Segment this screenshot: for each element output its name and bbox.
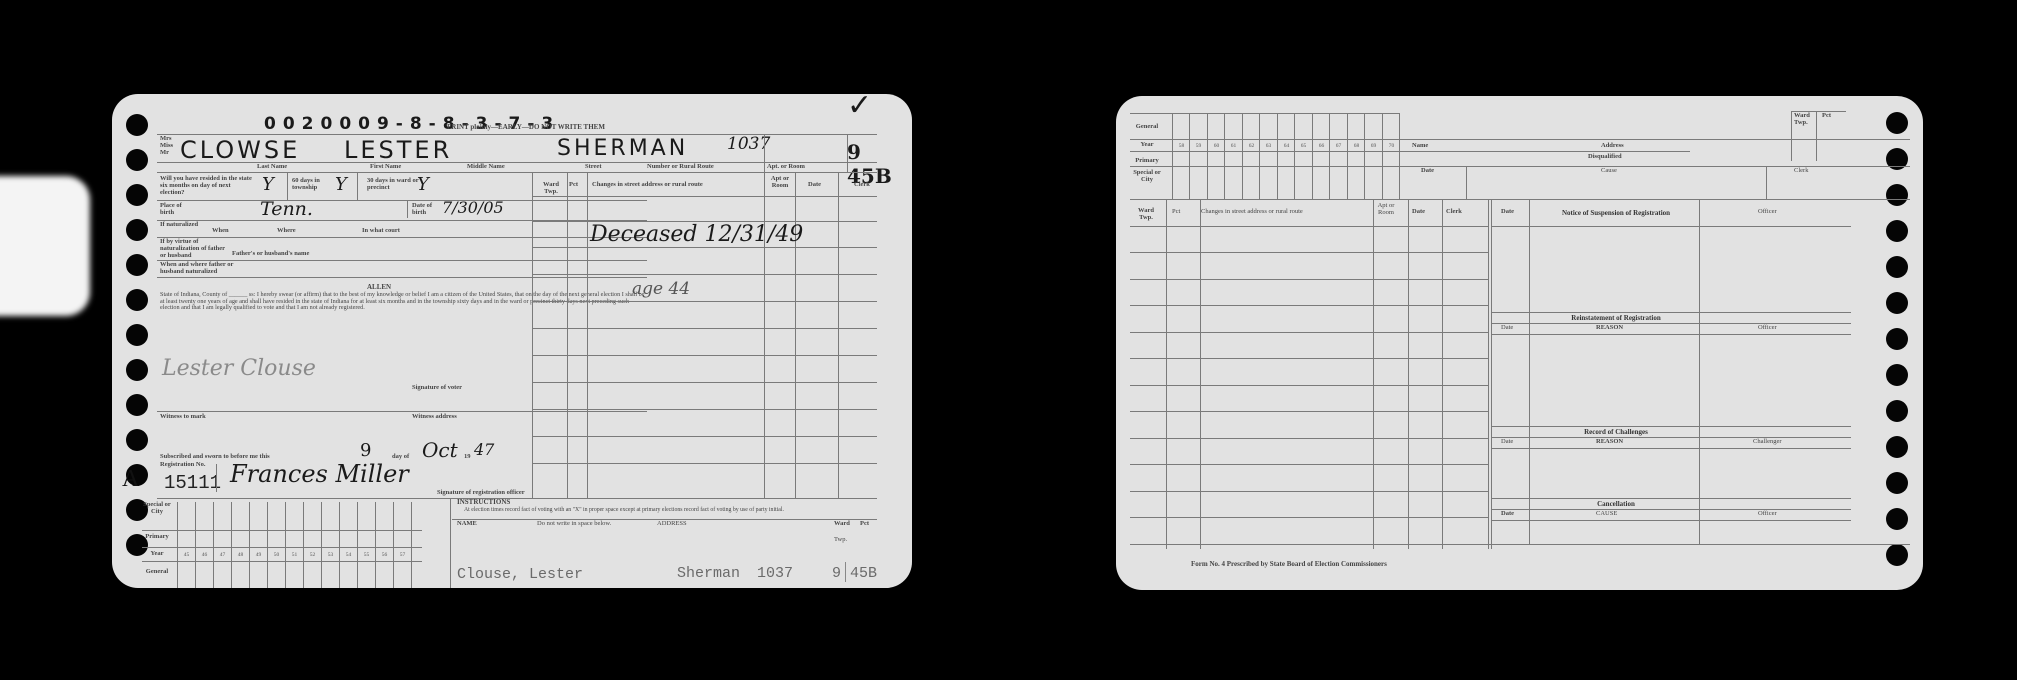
col-ward-twp: Ward Twp. — [1134, 208, 1158, 222]
year-cell: 50 — [270, 552, 283, 558]
street-name: SHERMAN — [557, 136, 688, 161]
label-address: ADDRESS — [657, 521, 687, 528]
answer-township: Y — [335, 174, 347, 195]
punch-hole — [1886, 436, 1908, 458]
label-apt: Apt. or Room — [767, 164, 805, 171]
label-name: NAME — [457, 521, 477, 528]
label-father-when-where: When and where father or husband natural… — [160, 262, 240, 276]
year-cell: 65 — [1297, 143, 1310, 149]
label-address: Address — [1601, 143, 1624, 150]
header-notice: PRINT plainly—EARLY—DO NOT WRITE THEM — [447, 124, 605, 131]
place-of-birth: Tenn. — [260, 198, 313, 220]
label-ward-twp: Ward Twp. — [1794, 113, 1814, 127]
grid-row-year: Year — [1132, 142, 1162, 149]
year-cell: 62 — [1245, 143, 1258, 149]
instructions-text: At election times record fact of voting … — [464, 507, 864, 513]
label-last-name: Last Name — [257, 164, 287, 171]
first-name: LESTER — [344, 136, 452, 164]
punch-hole — [126, 149, 148, 171]
grid-row-primary: Primary — [142, 534, 172, 541]
punch-hole — [1886, 292, 1908, 314]
year-cell: 59 — [1192, 143, 1205, 149]
cancellation-title: Cancellation — [1536, 500, 1696, 508]
label-father-naturalization: If by virtue of naturalization of father… — [160, 239, 230, 259]
punch-hole — [126, 289, 148, 311]
punch-hole — [126, 254, 148, 276]
answer-ward-residence: Y — [417, 174, 429, 195]
col-pct: Pct — [1172, 209, 1180, 216]
label-court: In what court — [362, 228, 400, 235]
punch-hole — [1886, 364, 1908, 386]
year-cell: 54 — [342, 552, 355, 558]
year-cell: 58 — [1175, 143, 1188, 149]
col-reason: REASON — [1596, 325, 1623, 332]
typed-pct: 45B — [850, 565, 877, 582]
label-disqualified: Disqualified — [1588, 154, 1622, 161]
answer-state-residence: Y — [262, 174, 274, 195]
label-father-name: Father's or husband's name — [232, 251, 309, 258]
change-entry-deceased: Deceased 12/31/49 — [590, 222, 803, 247]
year-cell: 70 — [1385, 143, 1398, 149]
punch-hole — [126, 114, 148, 136]
col-apt-room: Apt or Room — [1372, 203, 1400, 217]
col-date: Date — [1501, 209, 1514, 216]
year-cell: 60 — [1210, 143, 1223, 149]
year-cell: 56 — [378, 552, 391, 558]
label-place-of-birth: Place of birth — [160, 203, 190, 217]
sworn-year: 47 — [474, 440, 494, 459]
col-date: Date — [1501, 439, 1513, 446]
sworn-day: 9 — [360, 440, 371, 461]
year-cell: 52 — [306, 552, 319, 558]
grid-row-special: Special or City — [142, 502, 172, 516]
reinstatement-title: Reinstatement of Registration — [1536, 314, 1696, 322]
punch-hole — [1886, 544, 1908, 566]
punch-hole — [1886, 400, 1908, 422]
label-cause: Cause — [1601, 168, 1617, 175]
registrar-signature: Frances Miller — [230, 460, 409, 488]
punch-hole — [126, 219, 148, 241]
punch-hole — [126, 184, 148, 206]
year-cell: 61 — [1227, 143, 1240, 149]
registration-number: 15111 — [164, 472, 221, 494]
label-witness: Witness to mark — [160, 414, 206, 421]
year-cell: 53 — [324, 552, 337, 558]
year-cell: 57 — [396, 552, 409, 558]
year-cell: 64 — [1280, 143, 1293, 149]
date-of-birth: 7/30/05 — [442, 198, 504, 217]
year-cell: 47 — [216, 552, 229, 558]
label-date-of-birth: Date of birth — [412, 203, 442, 217]
col-challenger: Challenger — [1753, 439, 1782, 446]
label-first-name: First Name — [370, 164, 401, 171]
col-date: Date — [1412, 209, 1425, 216]
registration-card-back: General Year Primary Special or City 58 … — [1116, 96, 1923, 590]
label-naturalized: If naturalized — [160, 222, 200, 229]
year-cell: 45 — [180, 552, 193, 558]
col-reason: REASON — [1596, 439, 1623, 446]
label-state-residence: Will you have resided in the state six m… — [160, 176, 255, 196]
col-apt-room: Apt or Room — [767, 176, 793, 190]
label-when: When — [212, 228, 229, 235]
instructions-title: INSTRUCTIONS — [457, 499, 510, 506]
col-pct: Pct — [569, 182, 578, 189]
grid-row-special: Special or City — [1132, 170, 1162, 184]
col-ward-twp: Ward Twp. — [536, 182, 566, 196]
year-cell: 48 — [234, 552, 247, 558]
change-entry-age: age 44 — [632, 279, 690, 299]
label-where: Where — [277, 228, 296, 235]
label-name: Name — [1412, 143, 1428, 150]
col-officer: Officer — [1758, 511, 1777, 518]
label-registrar: Signature of registration officer — [437, 490, 525, 497]
col-date: Date — [1501, 325, 1513, 332]
year-cell: 49 — [252, 552, 265, 558]
title-prefix: Mrs Miss Mr — [160, 136, 174, 156]
punch-hole — [126, 394, 148, 416]
label-twp: Twp. — [834, 537, 847, 544]
col-clerk: Clerk — [1446, 209, 1462, 216]
scanner-glare — [0, 176, 90, 316]
col-officer: Officer — [1758, 209, 1777, 216]
check-mark: ✓ — [847, 94, 872, 123]
label-street: Street — [585, 164, 601, 171]
letter-mark: A — [122, 466, 139, 493]
label-clerk: Clerk — [1794, 168, 1808, 175]
punch-hole — [1886, 508, 1908, 530]
punch-hole — [126, 359, 148, 381]
punch-hole — [1886, 328, 1908, 350]
year-cell: 67 — [1332, 143, 1345, 149]
year-cell: 66 — [1315, 143, 1328, 149]
grid-row-year: Year — [142, 551, 172, 558]
col-changes: Changes in street address or rural route — [592, 182, 703, 189]
sworn-month: Oct — [422, 438, 458, 462]
suspension-title: Notice of Suspension of Registration — [1536, 209, 1696, 217]
year-cell: 68 — [1350, 143, 1363, 149]
year-cell: 51 — [288, 552, 301, 558]
label-witness-address: Witness address — [412, 414, 457, 421]
col-clerk: Clerk — [854, 182, 870, 189]
registration-card-front: 0020009-8-8-3-7-3 PRINT plainly—EARLY—DO… — [112, 94, 912, 588]
challenges-title: Record of Challenges — [1536, 428, 1696, 436]
label-date: Date — [1421, 168, 1434, 175]
label-ward: Ward — [834, 521, 850, 528]
label-pct: Pct — [860, 521, 869, 528]
year-cell: 63 — [1262, 143, 1275, 149]
grid-row-general: General — [1132, 124, 1162, 131]
punch-hole — [1886, 256, 1908, 278]
label-registration-no: Registration No. — [160, 462, 206, 469]
punch-hole — [1886, 184, 1908, 206]
typed-street: Sherman — [677, 565, 740, 582]
year-prefix: 19 — [464, 454, 471, 461]
last-name: CLOWSE — [180, 136, 300, 164]
grid-row-primary: Primary — [1132, 158, 1162, 165]
label-township: 60 days in township — [292, 178, 332, 192]
punch-hole — [1886, 220, 1908, 242]
col-date: Date — [1501, 511, 1514, 518]
punch-hole — [126, 324, 148, 346]
year-cell: 69 — [1367, 143, 1380, 149]
typed-name: Clouse, Lester — [457, 566, 583, 583]
label-pct: Pct — [1822, 113, 1831, 120]
label-no-write: Do not write in space below. — [537, 521, 611, 528]
col-date: Date — [808, 182, 821, 189]
typed-ward: 9 — [832, 565, 841, 582]
year-cell: 46 — [198, 552, 211, 558]
punch-hole — [126, 429, 148, 451]
grid-row-general: General — [142, 569, 172, 576]
col-cause: CAUSE — [1596, 511, 1617, 518]
typed-number: 1037 — [757, 565, 793, 582]
label-number: Number or Rural Route — [647, 164, 714, 171]
punch-hole — [1886, 112, 1908, 134]
col-changes: Changes in street address or rural route — [1201, 209, 1303, 216]
year-cell: 55 — [360, 552, 373, 558]
punch-hole — [1886, 472, 1908, 494]
form-footer: Form No. 4 Prescribed by State Board of … — [1191, 561, 1387, 568]
label-signature: Signature of voter — [412, 385, 462, 392]
col-officer: Officer — [1758, 325, 1777, 332]
label-middle-name: Middle Name — [467, 164, 505, 171]
voter-signature: Lester Clouse — [162, 356, 316, 381]
